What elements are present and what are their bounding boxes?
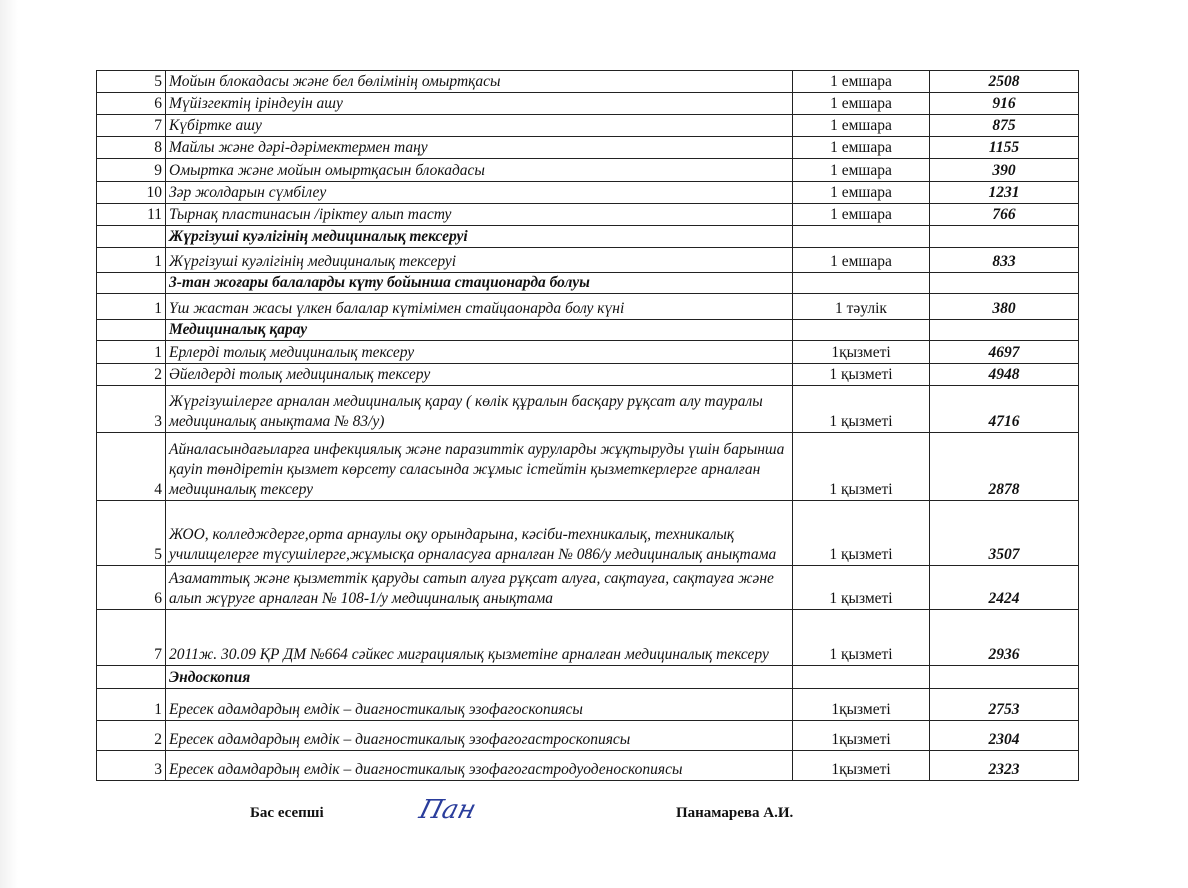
table-row: 3Ересек адамдардың емдік – диагностикалы… (97, 751, 1079, 781)
section-header-row: Медициналық қарау (97, 320, 1079, 341)
row-number (97, 320, 166, 341)
unit-of-service (793, 226, 930, 248)
price-value: 4697 (930, 341, 1079, 364)
service-name: Зәр жолдарын сүмбілеу (166, 182, 793, 204)
price-value: 833 (930, 248, 1079, 273)
table-row: 7 2011ж. 30.09 ҚР ДМ №664 сәйкес миграци… (97, 610, 1079, 666)
service-name: Ересек адамдардың емдік – диагностикалық… (166, 751, 793, 781)
price-value: 916 (930, 93, 1079, 115)
row-number: 1 (97, 341, 166, 364)
row-number: 4 (97, 433, 166, 501)
price-value: 3507 (930, 501, 1079, 566)
signature-mark: Пан (416, 795, 479, 825)
unit-of-service: 1қызметі (793, 721, 930, 751)
price-value: 766 (930, 204, 1079, 226)
price-value: 380 (930, 294, 1079, 320)
table-row: 7Күбіртке ашу1 емшара875 (97, 115, 1079, 137)
table-row: 1Үш жастан жасы үлкен балалар күтімімен … (97, 294, 1079, 320)
service-name: 2011ж. 30.09 ҚР ДМ №664 сәйкес миграциял… (166, 610, 793, 666)
section-header-row: Жүргізуші куәлігінің медициналық тексеру… (97, 226, 1079, 248)
price-value: 1231 (930, 182, 1079, 204)
unit-of-service: 1 тәулік (793, 294, 930, 320)
unit-of-service (793, 320, 930, 341)
section-header-row: Эндоскопия (97, 666, 1079, 689)
table-row: 10Зәр жолдарын сүмбілеу1 емшара1231 (97, 182, 1079, 204)
unit-of-service: 1 емшара (793, 71, 930, 93)
price-value: 2323 (930, 751, 1079, 781)
row-number: 2 (97, 364, 166, 386)
row-number: 1 (97, 689, 166, 721)
service-name: Күбіртке ашу (166, 115, 793, 137)
row-number: 1 (97, 248, 166, 273)
service-name: Тырнақ пластинасын /іріктеу алып тасту (166, 204, 793, 226)
footer-signatory-name: Панамарева А.И. (676, 805, 793, 822)
table-row: 1Жүргізуші куәлігінің медициналық тексер… (97, 248, 1079, 273)
service-name: Мүйізгектің іріндеуін ашу (166, 93, 793, 115)
service-name: Айналасындағыларға инфекциялық және пара… (166, 433, 793, 501)
price-value: 2304 (930, 721, 1079, 751)
price-list-table: 5Мойын блокадасы және бел бөлімінің омыр… (96, 70, 1079, 781)
table-row: 6Азаматтық және қызметтік қаруды сатып а… (97, 566, 1079, 610)
unit-of-service (793, 273, 930, 294)
service-name: Медициналық қарау (166, 320, 793, 341)
price-value: 390 (930, 159, 1079, 182)
table-row: 2Әйелдерді толық медициналық тексеру1 қы… (97, 364, 1079, 386)
row-number: 3 (97, 751, 166, 781)
row-number: 3 (97, 386, 166, 433)
price-list-body: 5Мойын блокадасы және бел бөлімінің омыр… (97, 71, 1079, 781)
row-number: 9 (97, 159, 166, 182)
table-row: 4Айналасындағыларға инфекциялық және пар… (97, 433, 1079, 501)
unit-of-service: 1 қызметі (793, 501, 930, 566)
unit-of-service: 1 емшара (793, 159, 930, 182)
price-value (930, 226, 1079, 248)
unit-of-service: 1қызметі (793, 689, 930, 721)
section-header-row: 3-тан жоғары балаларды күту бойынша стац… (97, 273, 1079, 294)
service-name: Ересек адамдардың емдік – диагностикалық… (166, 721, 793, 751)
table-row: 5Мойын блокадасы және бел бөлімінің омыр… (97, 71, 1079, 93)
row-number: 1 (97, 294, 166, 320)
row-number: 6 (97, 93, 166, 115)
row-number: 10 (97, 182, 166, 204)
service-name: Ересек адамдардың емдік – диагностикалық… (166, 689, 793, 721)
unit-of-service: 1қызметі (793, 341, 930, 364)
service-name: Омыртка және мойын омыртқасын блокадасы (166, 159, 793, 182)
row-number: 7 (97, 610, 166, 666)
unit-of-service: 1 қызметі (793, 364, 930, 386)
unit-of-service: 1 емшара (793, 93, 930, 115)
service-name: Әйелдерді толық медициналық тексеру (166, 364, 793, 386)
unit-of-service: 1қызметі (793, 751, 930, 781)
row-number: 2 (97, 721, 166, 751)
unit-of-service: 1 қызметі (793, 610, 930, 666)
price-value (930, 320, 1079, 341)
service-name: 3-тан жоғары балаларды күту бойынша стац… (166, 273, 793, 294)
row-number: 8 (97, 137, 166, 159)
row-number: 5 (97, 501, 166, 566)
price-value: 1155 (930, 137, 1079, 159)
table-row: 9Омыртка және мойын омыртқасын блокадасы… (97, 159, 1079, 182)
service-name: Эндоскопия (166, 666, 793, 689)
footer-position-label: Бас есепші (250, 805, 324, 822)
price-value (930, 666, 1079, 689)
row-number (97, 666, 166, 689)
price-value (930, 273, 1079, 294)
unit-of-service: 1 емшара (793, 137, 930, 159)
scan-page-edge (0, 0, 18, 888)
service-name: Мойын блокадасы және бел бөлімінің омырт… (166, 71, 793, 93)
row-number: 5 (97, 71, 166, 93)
service-name: Жүргізушілерге арналан медициналық қарау… (166, 386, 793, 433)
service-name: Ерлерді толық медициналық тексеру (166, 341, 793, 364)
table-row: 5ЖОО, колледждерге,орта арнаулы оқу орын… (97, 501, 1079, 566)
price-value: 2424 (930, 566, 1079, 610)
service-name: Майлы және дәрі-дәрімектермен таңу (166, 137, 793, 159)
price-value: 2753 (930, 689, 1079, 721)
service-name: Жүргізуші куәлігінің медициналық тексеру… (166, 226, 793, 248)
unit-of-service: 1 қызметі (793, 386, 930, 433)
table-row: 6Мүйізгектің іріндеуін ашу1 емшара916 (97, 93, 1079, 115)
table-row: 1Ерлерді толық медициналық тексеру1қызме… (97, 341, 1079, 364)
unit-of-service: 1 емшара (793, 182, 930, 204)
table-row: 8Майлы және дәрі-дәрімектермен таңу1 емш… (97, 137, 1079, 159)
price-value: 2936 (930, 610, 1079, 666)
price-value: 2508 (930, 71, 1079, 93)
unit-of-service (793, 666, 930, 689)
unit-of-service: 1 емшара (793, 204, 930, 226)
table-row: 3Жүргізушілерге арналан медициналық қара… (97, 386, 1079, 433)
table-row: 1Ересек адамдардың емдік – диагностикалы… (97, 689, 1079, 721)
row-number (97, 226, 166, 248)
unit-of-service: 1 қызметі (793, 566, 930, 610)
row-number (97, 273, 166, 294)
unit-of-service: 1 емшара (793, 248, 930, 273)
price-value: 2878 (930, 433, 1079, 501)
price-value: 4948 (930, 364, 1079, 386)
table-row: 2Ересек адамдардың емдік – диагностикалы… (97, 721, 1079, 751)
table-row: 11Тырнақ пластинасын /іріктеу алып тасту… (97, 204, 1079, 226)
price-value: 4716 (930, 386, 1079, 433)
service-name: Жүргізуші куәлігінің медициналық тексеру… (166, 248, 793, 273)
unit-of-service: 1 емшара (793, 115, 930, 137)
unit-of-service: 1 қызметі (793, 433, 930, 501)
service-name: ЖОО, колледждерге,орта арнаулы оқу орынд… (166, 501, 793, 566)
row-number: 11 (97, 204, 166, 226)
row-number: 7 (97, 115, 166, 137)
row-number: 6 (97, 566, 166, 610)
service-name: Азаматтық және қызметтік қаруды сатып ал… (166, 566, 793, 610)
price-value: 875 (930, 115, 1079, 137)
service-name: Үш жастан жасы үлкен балалар күтімімен с… (166, 294, 793, 320)
